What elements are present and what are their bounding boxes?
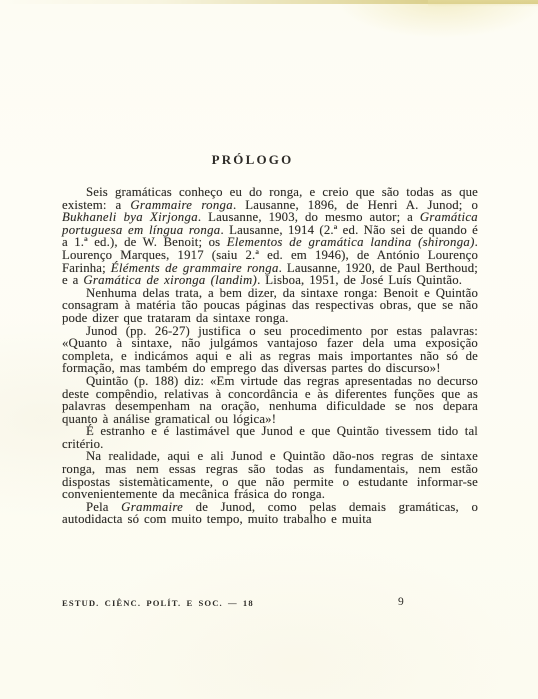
- text-block: PRÓLOGO Seis gramáticas conheço eu do ro…: [62, 152, 478, 526]
- paragraph: É estranho e é lastimável que Junod e qu…: [62, 425, 478, 450]
- paragraph: Nenhuma delas trata, a bem dizer, da sin…: [62, 287, 478, 325]
- text-run: Nenhuma delas trata, a bem dizer, da sin…: [62, 286, 478, 325]
- paragraph: Junod (pp. 26-27) justifica o seu proced…: [62, 325, 478, 375]
- scanned-book-page: { "colors": { "paper": "#fcfbf1", "ink":…: [0, 0, 538, 699]
- text-run: Junod (pp. 26-27) justifica o seu proced…: [62, 324, 478, 376]
- paragraph: Quintão (p. 188) diz: «Em virtude das re…: [62, 375, 478, 425]
- paragraph: Pela Grammaire de Junod, como pelas dema…: [62, 501, 478, 526]
- page-number: 9: [398, 596, 404, 608]
- paragraph: Na realidade, aqui e ali Junod e Quintão…: [62, 450, 478, 500]
- text-run: Na realidade, aqui e ali Junod e Quintão…: [62, 449, 478, 501]
- text-run: Quintão (p. 188) diz: «Em virtude das re…: [62, 374, 478, 426]
- page-footer: ESTUD. CIÊNC. POLÍT. E SOC. — 18 9: [62, 596, 478, 610]
- body-text: Seis gramáticas conheço eu do ronga, e c…: [62, 186, 478, 526]
- paragraph: Seis gramáticas conheço eu do ronga, e c…: [62, 186, 478, 287]
- page-title: PRÓLOGO: [62, 152, 443, 168]
- page-top-corner-shade: [428, 0, 538, 7]
- footer-running-title: ESTUD. CIÊNC. POLÍT. E SOC. — 18: [62, 598, 254, 608]
- text-run: É estranho e é lastimável que Junod e qu…: [62, 424, 478, 451]
